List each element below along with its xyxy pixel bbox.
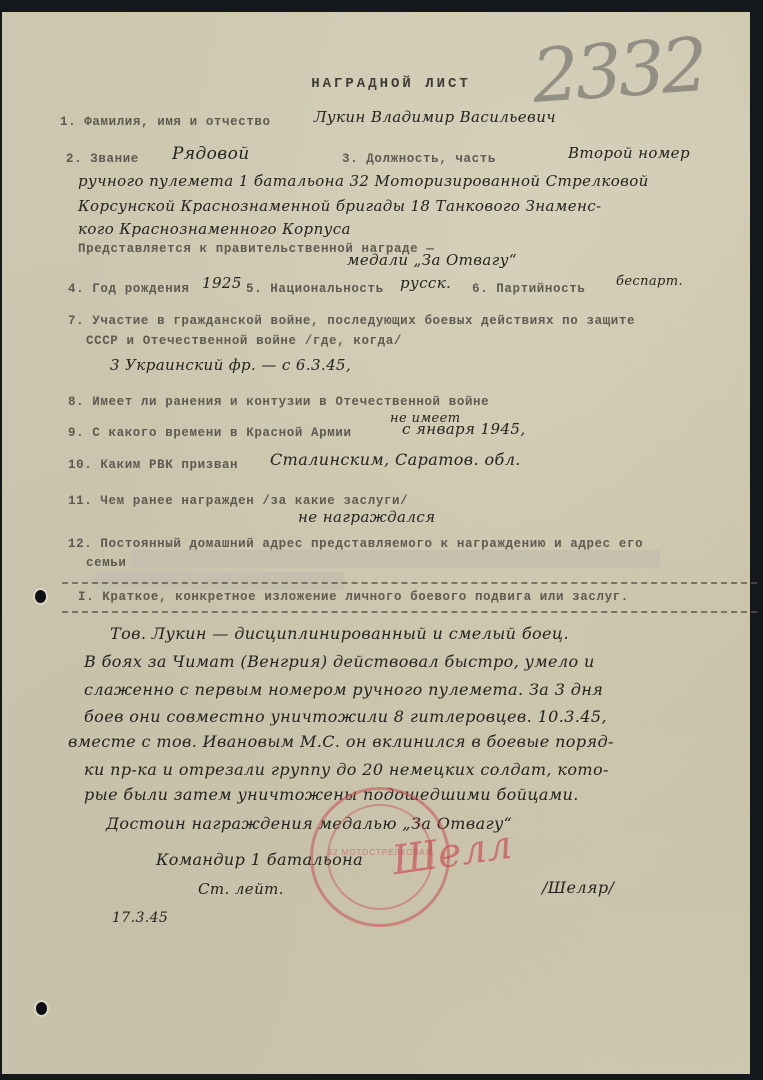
narrative-line: В боях за Чимат (Венгрия) действовал быс… (84, 652, 595, 671)
signatory-rank: Ст. лейт. (198, 880, 284, 898)
field-4-label: 4. Год рождения (68, 282, 190, 296)
field-10-value: Сталинским, Саратов. обл. (270, 450, 521, 469)
field-12-label-line2: семьи (86, 556, 127, 570)
signatory-position: Командир 1 батальона (156, 850, 363, 869)
field-9-value: с января 1945, (402, 420, 526, 438)
redacted-address-1 (132, 550, 660, 568)
narrative-line: вместе с тов. Ивановым М.С. он вклинился… (68, 732, 614, 751)
narrative-line: боев они совместно уничтожили 8 гитлеров… (84, 707, 607, 726)
divider-line-bottom (62, 611, 757, 613)
field-3-value-line1: Второй номер (568, 144, 690, 162)
redacted-address-2 (94, 572, 344, 590)
narrative-line: ки пр-ка и отрезали группу до 20 немецки… (84, 760, 609, 779)
field-6-label: 6. Партийность (472, 282, 585, 296)
narrative-line: Тов. Лукин — дисциплинированный и смелый… (110, 624, 569, 643)
field-2-label: 2. Звание (66, 152, 139, 166)
field-7-value: 3 Украинский фр. — с 6.3.45, (110, 356, 351, 374)
narrative-line: слаженно с первым номером ручного пулеме… (84, 680, 603, 699)
archive-number: 2332 (529, 22, 707, 120)
field-10-label: 10. Каким РВК призван (68, 458, 238, 472)
punch-hole-icon (35, 590, 46, 603)
punch-hole-icon (36, 1002, 47, 1015)
field-6-value: беспарт. (616, 274, 683, 289)
field-11-label: 11. Чем ранее награжден /за какие заслуг… (68, 494, 408, 508)
signature-date: 17.3.45 (112, 910, 168, 926)
field-3-label: 3. Должность, часть (342, 152, 496, 166)
field-7-label-line1: 7. Участие в гражданской войне, последую… (68, 314, 635, 328)
field-5-value: русск. (400, 274, 451, 292)
field-3-value-line3: Корсунской Краснознаменной бригады 18 Та… (78, 197, 602, 215)
nomination-value: медали „За Отвагу“ (347, 251, 517, 269)
field-11-value: не награждался (298, 508, 435, 526)
field-1-value: Лукин Владимир Васильевич (314, 108, 556, 126)
field-8-label: 8. Имеет ли ранения и контузии в Отечест… (68, 395, 489, 409)
field-3-value-line2: ручного пулемета 1 батальона 32 Моторизи… (78, 172, 649, 190)
field-3-value-line4: кого Краснознаменного Корпуса (78, 220, 351, 238)
field-5-label: 5. Национальность (246, 282, 384, 296)
section-heading: I. Краткое, конкретное изложение личного… (78, 590, 629, 604)
field-7-label-line2: СССР и Отечественной войне /где, когда/ (86, 334, 402, 348)
field-2-value: Рядовой (172, 144, 250, 164)
field-1-label: 1. Фамилия, имя и отчество (60, 115, 271, 129)
field-12-label-line1: 12. Постоянный домашний адрес представля… (68, 537, 643, 551)
narrative-line: рые были затем уничтожены подошедшими бо… (84, 785, 579, 804)
signatory-name: /Шеляр/ (542, 878, 614, 897)
document-page: 2332 НАГРАДНОЙ ЛИСТ 1. Фамилия, имя и от… (2, 12, 750, 1074)
divider-line-top (62, 582, 757, 584)
field-9-label: 9. С какого времени в Красной Армии (68, 426, 352, 440)
field-4-value: 1925 (202, 274, 242, 292)
document-title: НАГРАДНОЙ ЛИСТ (2, 76, 750, 92)
